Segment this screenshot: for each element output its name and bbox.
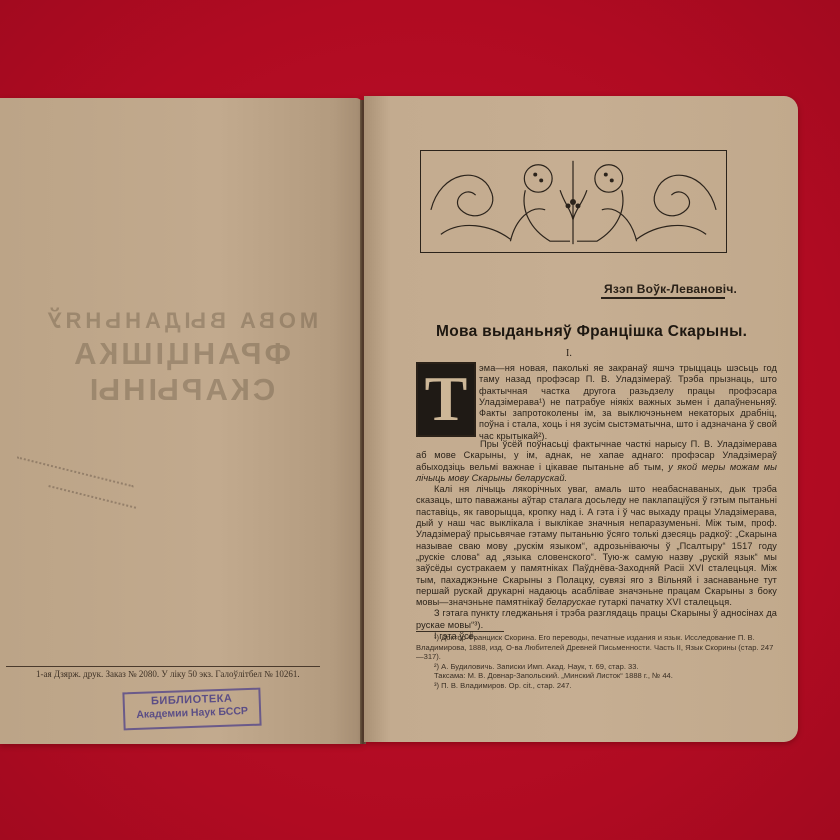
footnote-2: ²) А. Будиловичь. Записки Имп. Акад. Нау… — [416, 662, 778, 672]
section-number: I. — [566, 348, 572, 359]
footnote-divider — [416, 631, 504, 632]
satyr-ornament-icon — [421, 151, 726, 252]
paragraph-3-text: Калі ня лічыць лякорічных уваг, амаль шт… — [416, 484, 777, 607]
footnotes: ¹) Доктор Франциск Скорина. Его переводы… — [416, 633, 778, 691]
paragraph-3-italic: беларускае — [546, 597, 596, 607]
show-through-title-line2: ФРАНЦІШКА СКАРЫНЫ — [0, 336, 362, 408]
paragraph-1: эма—ня новая, паколькі яе закранаў яшчэ … — [479, 363, 777, 442]
paragraph-3: Калі ня лічыць лякорічных уваг, амаль шт… — [416, 484, 777, 608]
left-page: МОВА ВЫДАНЬНЯЎ ФРАНЦІШКА СКАРЫНЫ — [0, 98, 362, 744]
show-through-title-line1: МОВА ВЫДАНЬНЯЎ — [0, 308, 362, 334]
illuminated-drop-cap: Т — [416, 362, 476, 437]
author-name: Язэп Воўк-Левановіч. — [604, 282, 737, 296]
library-stamp: БИБЛИОТЕКА Академии Наук БССР — [122, 688, 261, 731]
printer-imprint: 1-ая Дзярж. друк. Заказ № 2080. У ліку 5… — [36, 669, 300, 679]
footnote-2b: Таксама: М. В. Довнар-Запольский. „Минск… — [416, 671, 778, 681]
body-continuation: Пры ўсёй поўнасьці фактычнае часткі нары… — [416, 439, 777, 642]
paragraph-4: З гэтага пункту гледжаньня і трэба разгл… — [416, 608, 777, 631]
article-title: Мова выданьняў Францішка Скарыны. — [436, 323, 747, 341]
footnote-3: ³) П. В. Владимиров. Op. cit., стар. 247… — [416, 681, 778, 691]
footnote-1: ¹) Доктор Франциск Скорина. Его переводы… — [416, 633, 778, 662]
paragraph-1-text: эма—ня новая, паколькі яе закранаў яшчэ … — [479, 363, 777, 442]
paragraph-3-end: гутаркі пачатку XVI сталецьця. — [596, 597, 732, 607]
ornamental-headpiece — [420, 150, 727, 253]
paragraph-2: Пры ўсёй поўнасьці фактычнае часткі нары… — [416, 439, 777, 484]
imprint-divider — [6, 666, 320, 667]
author-underline — [601, 297, 725, 299]
